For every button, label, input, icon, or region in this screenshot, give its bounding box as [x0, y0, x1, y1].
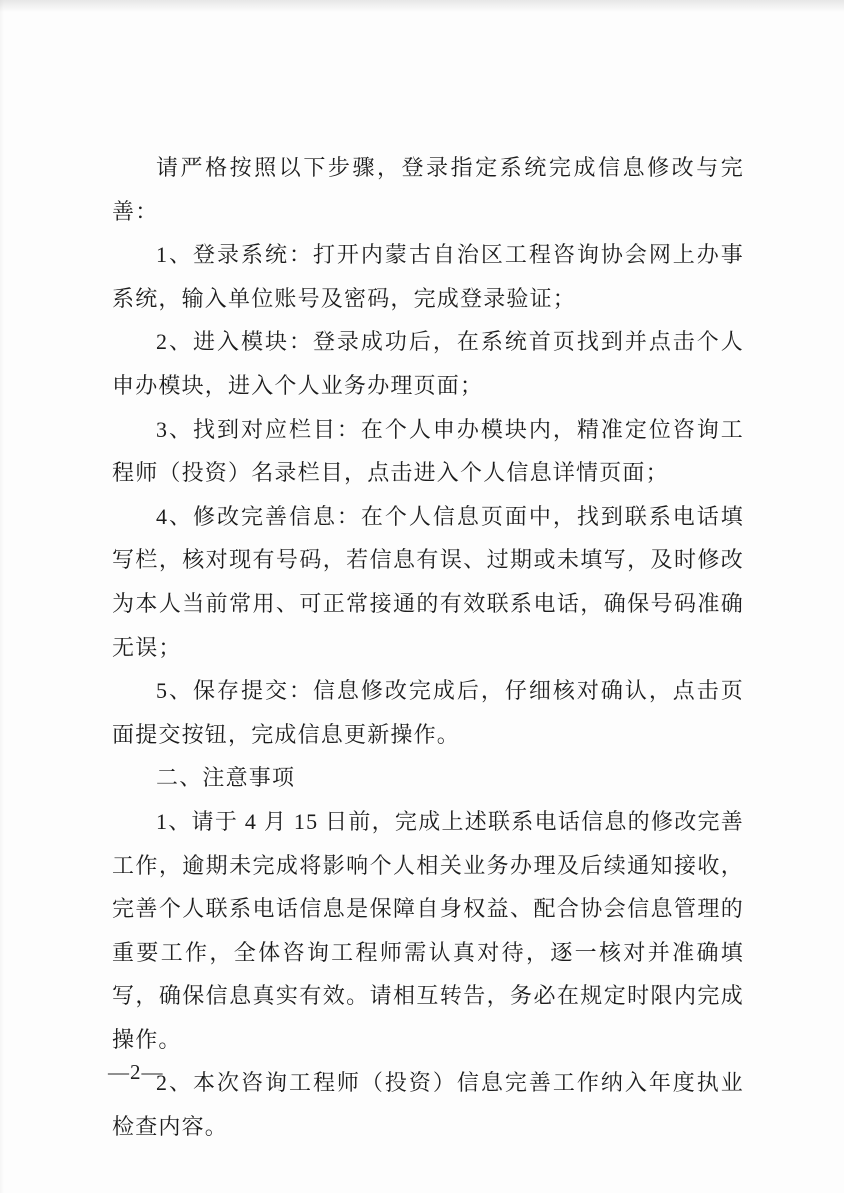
intro-paragraph: 请严格按照以下步骤，登录指定系统完成信息修改与完善：: [112, 146, 744, 233]
step-1-login: 1、登录系统：打开内蒙古自治区工程咨询协会网上办事系统，输入单位账号及密码，完成…: [112, 233, 744, 320]
section-heading-notes: 二、注意事项: [112, 756, 744, 800]
step-5-save-submit: 5、保存提交：信息修改完成后，仔细核对确认，点击页面提交按钮，完成信息更新操作。: [112, 669, 744, 756]
scan-edge-shading-top: [0, 0, 844, 12]
note-2-annual-check: 2、本次咨询工程师（投资）信息完善工作纳入年度执业检查内容。: [112, 1061, 744, 1148]
page-number: —2—: [108, 1060, 164, 1085]
document-page: 请严格按照以下步骤，登录指定系统完成信息修改与完善： 1、登录系统：打开内蒙古自…: [0, 0, 844, 1193]
step-3-find-section: 3、找到对应栏目：在个人申办模块内，精准定位咨询工程师（投资）名录栏目，点击进入…: [112, 408, 744, 495]
note-1-deadline: 1、请于 4 月 15 日前，完成上述联系电话信息的修改完善工作，逾期未完成将影…: [112, 800, 744, 1062]
step-2-enter-module: 2、进入模块：登录成功后，在系统首页找到并点击个人申办模块，进入个人业务办理页面…: [112, 320, 744, 407]
document-body: 请严格按照以下步骤，登录指定系统完成信息修改与完善： 1、登录系统：打开内蒙古自…: [112, 146, 744, 1149]
step-4-update-info: 4、修改完善信息：在个人信息页面中，找到联系电话填写栏，核对现有号码，若信息有误…: [112, 495, 744, 669]
scan-edge-shading-left: [0, 0, 4, 1193]
